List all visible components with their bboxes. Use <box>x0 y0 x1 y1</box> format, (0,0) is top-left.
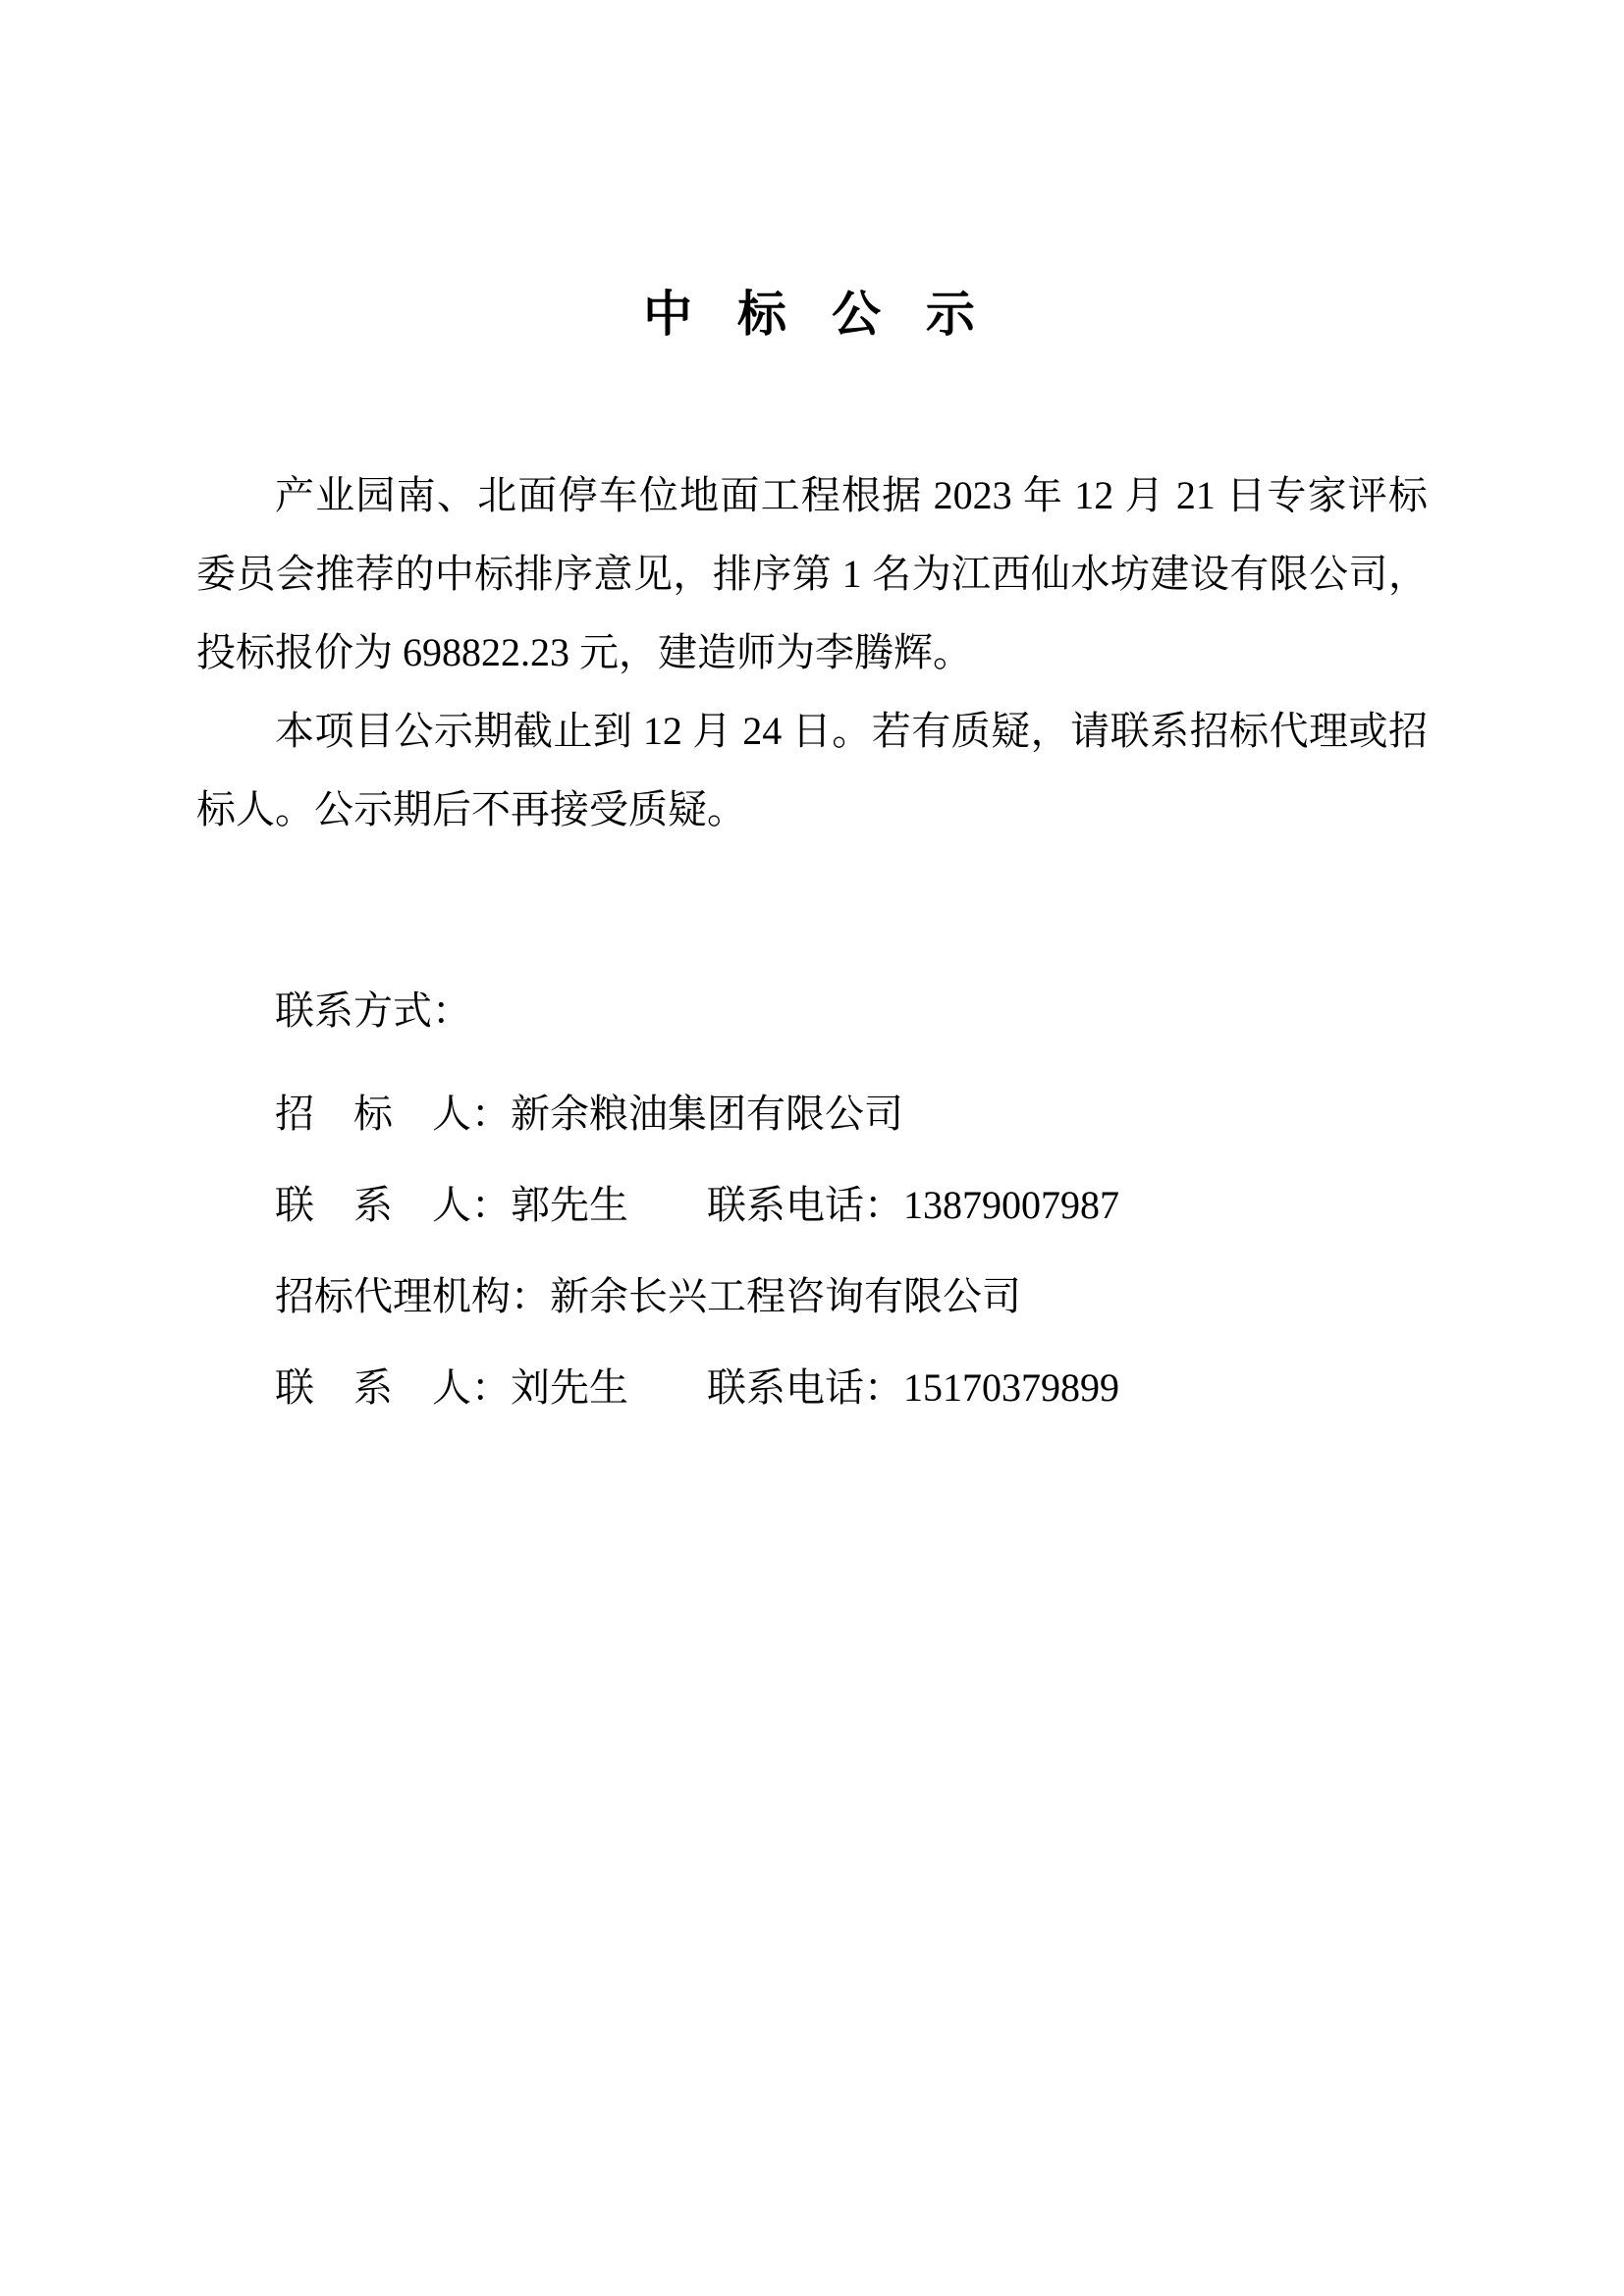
paragraph-publicity-period: 本项目公示期截止到 12 月 24 日。若有质疑，请联系招标代理或招标人。公示期… <box>196 692 1428 849</box>
contact-line-tenderer-contact: 联 系 人：郭先生 联系电话：13879007987 <box>196 1166 1428 1245</box>
contact-section: 联系方式： 招 标 人：新余粮油集团有限公司 联 系 人：郭先生 联系电话：13… <box>196 972 1428 1427</box>
contact-heading: 联系方式： <box>196 972 1428 1050</box>
contact-line-agency: 招标代理机构：新余长兴工程咨询有限公司 <box>196 1257 1428 1336</box>
page-title: 中 标 公 示 <box>196 285 1428 344</box>
document-page: 中 标 公 示 产业园南、北面停车位地面工程根据 2023 年 12 月 21 … <box>0 0 1624 2296</box>
contact-line-agency-contact: 联 系 人：刘先生 联系电话：15170379899 <box>196 1349 1428 1427</box>
paragraph-award-result: 产业园南、北面停车位地面工程根据 2023 年 12 月 21 日专家评标委员会… <box>196 456 1428 692</box>
contact-line-tenderer: 招 标 人：新余粮油集团有限公司 <box>196 1075 1428 1153</box>
